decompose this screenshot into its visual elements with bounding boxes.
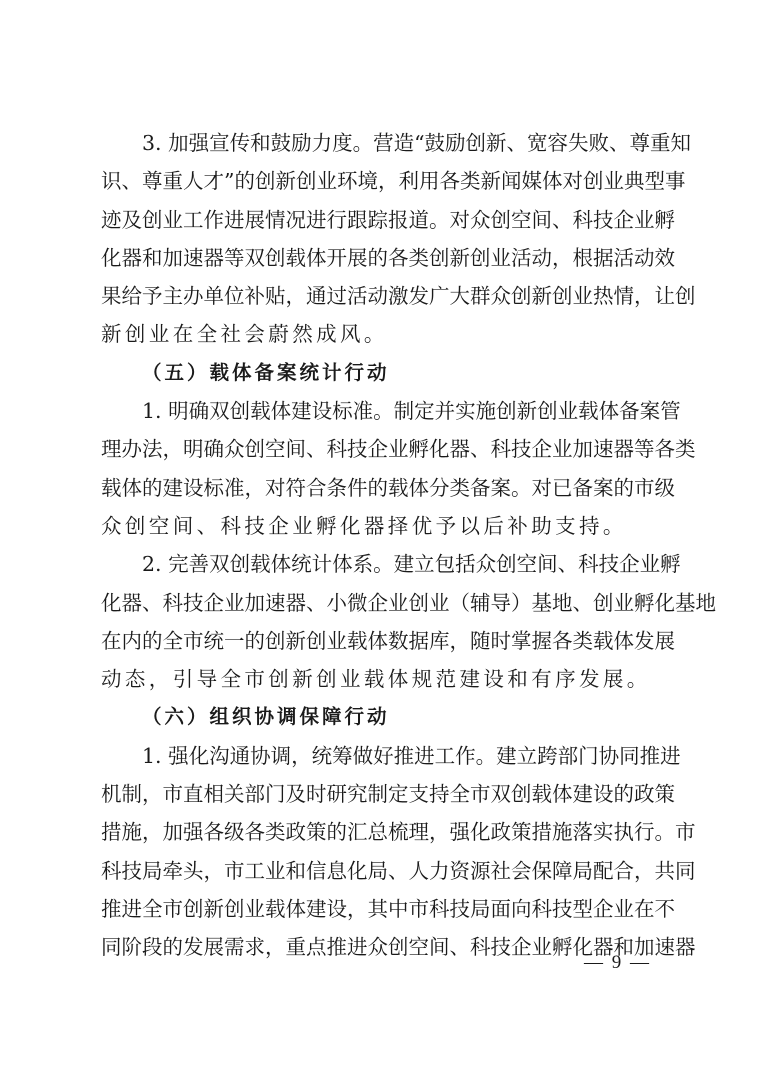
page-number: — 9 — xyxy=(584,952,651,974)
text-line: 机制，市直相关部门及时研究制定支持全市双创载体建设的政策 xyxy=(101,775,667,813)
text-line: 理办法，明确众创空间、科技企业孵化器、科技企业加速器等各类 xyxy=(101,430,667,468)
text-line: 识、尊重人才”的创新创业环境，利用各类新闻媒体对创业典型事 xyxy=(101,162,667,200)
text-line: 果给予主办单位补贴，通过活动激发广大群众创新创业热情，让创 xyxy=(101,277,667,315)
text-line: 2. 完善双创载体统计体系。建立包括众创空间、科技企业孵 xyxy=(101,545,667,583)
text-line: 在内的全市统一的创新创业载体数据库，随时掌握各类载体发展 xyxy=(101,622,667,660)
document-body: 3. 加强宣传和鼓励力度。营造“鼓励创新、宽容失败、尊重知 识、尊重人才”的创新… xyxy=(101,124,667,967)
text-line: 措施，加强各级各类政策的汇总梳理，强化政策措施落实执行。市 xyxy=(101,813,667,851)
text-line: 同阶段的发展需求，重点推进众创空间、科技企业孵化器和加速器 xyxy=(101,928,667,966)
paragraph-1-standards: 1. 明确双创载体建设标准。制定并实施创新创业载体备案管 理办法，明确众创空间、… xyxy=(101,392,667,545)
text-line: 3. 加强宣传和鼓励力度。营造“鼓励创新、宽容失败、尊重知 xyxy=(101,124,667,162)
text-line: 迹及创业工作进展情况进行跟踪报道。对众创空间、科技企业孵 xyxy=(101,201,667,239)
text-line: 动态，引导全市创新创业载体规范建设和有序发展。 xyxy=(101,660,667,698)
text-line: 推进全市创新创业载体建设，其中市科技局面向科技型企业在不 xyxy=(101,890,667,928)
text-line: 1. 明确双创载体建设标准。制定并实施创新创业载体备案管 xyxy=(101,392,667,430)
text-line: 1. 强化沟通协调，统筹做好推进工作。建立跨部门协同推进 xyxy=(101,737,667,775)
text-line: 载体的建设标准，对符合条件的载体分类备案。对已备案的市级 xyxy=(101,469,667,507)
text-line: 众创空间、科技企业孵化器择优予以后补助支持。 xyxy=(101,507,667,545)
paragraph-3-publicity: 3. 加强宣传和鼓励力度。营造“鼓励创新、宽容失败、尊重知 识、尊重人才”的创新… xyxy=(101,124,667,354)
text-line: 化器和加速器等双创载体开展的各类创新创业活动，根据活动效 xyxy=(101,239,667,277)
paragraph-1-coordination: 1. 强化沟通协调，统筹做好推进工作。建立跨部门协同推进 机制，市直相关部门及时… xyxy=(101,737,667,967)
section-heading-6: （六）组织协调保障行动 xyxy=(101,698,667,736)
section-heading-5: （五）载体备案统计行动 xyxy=(101,354,667,392)
text-line: 化器、科技企业加速器、小微企业创业（辅导）基地、创业孵化基地 xyxy=(101,584,667,622)
paragraph-2-statistics: 2. 完善双创载体统计体系。建立包括众创空间、科技企业孵 化器、科技企业加速器、… xyxy=(101,545,667,698)
text-line: 新创业在全社会蔚然成风。 xyxy=(101,315,667,353)
text-line: 科技局牵头，市工业和信息化局、人力资源社会保障局配合，共同 xyxy=(101,852,667,890)
